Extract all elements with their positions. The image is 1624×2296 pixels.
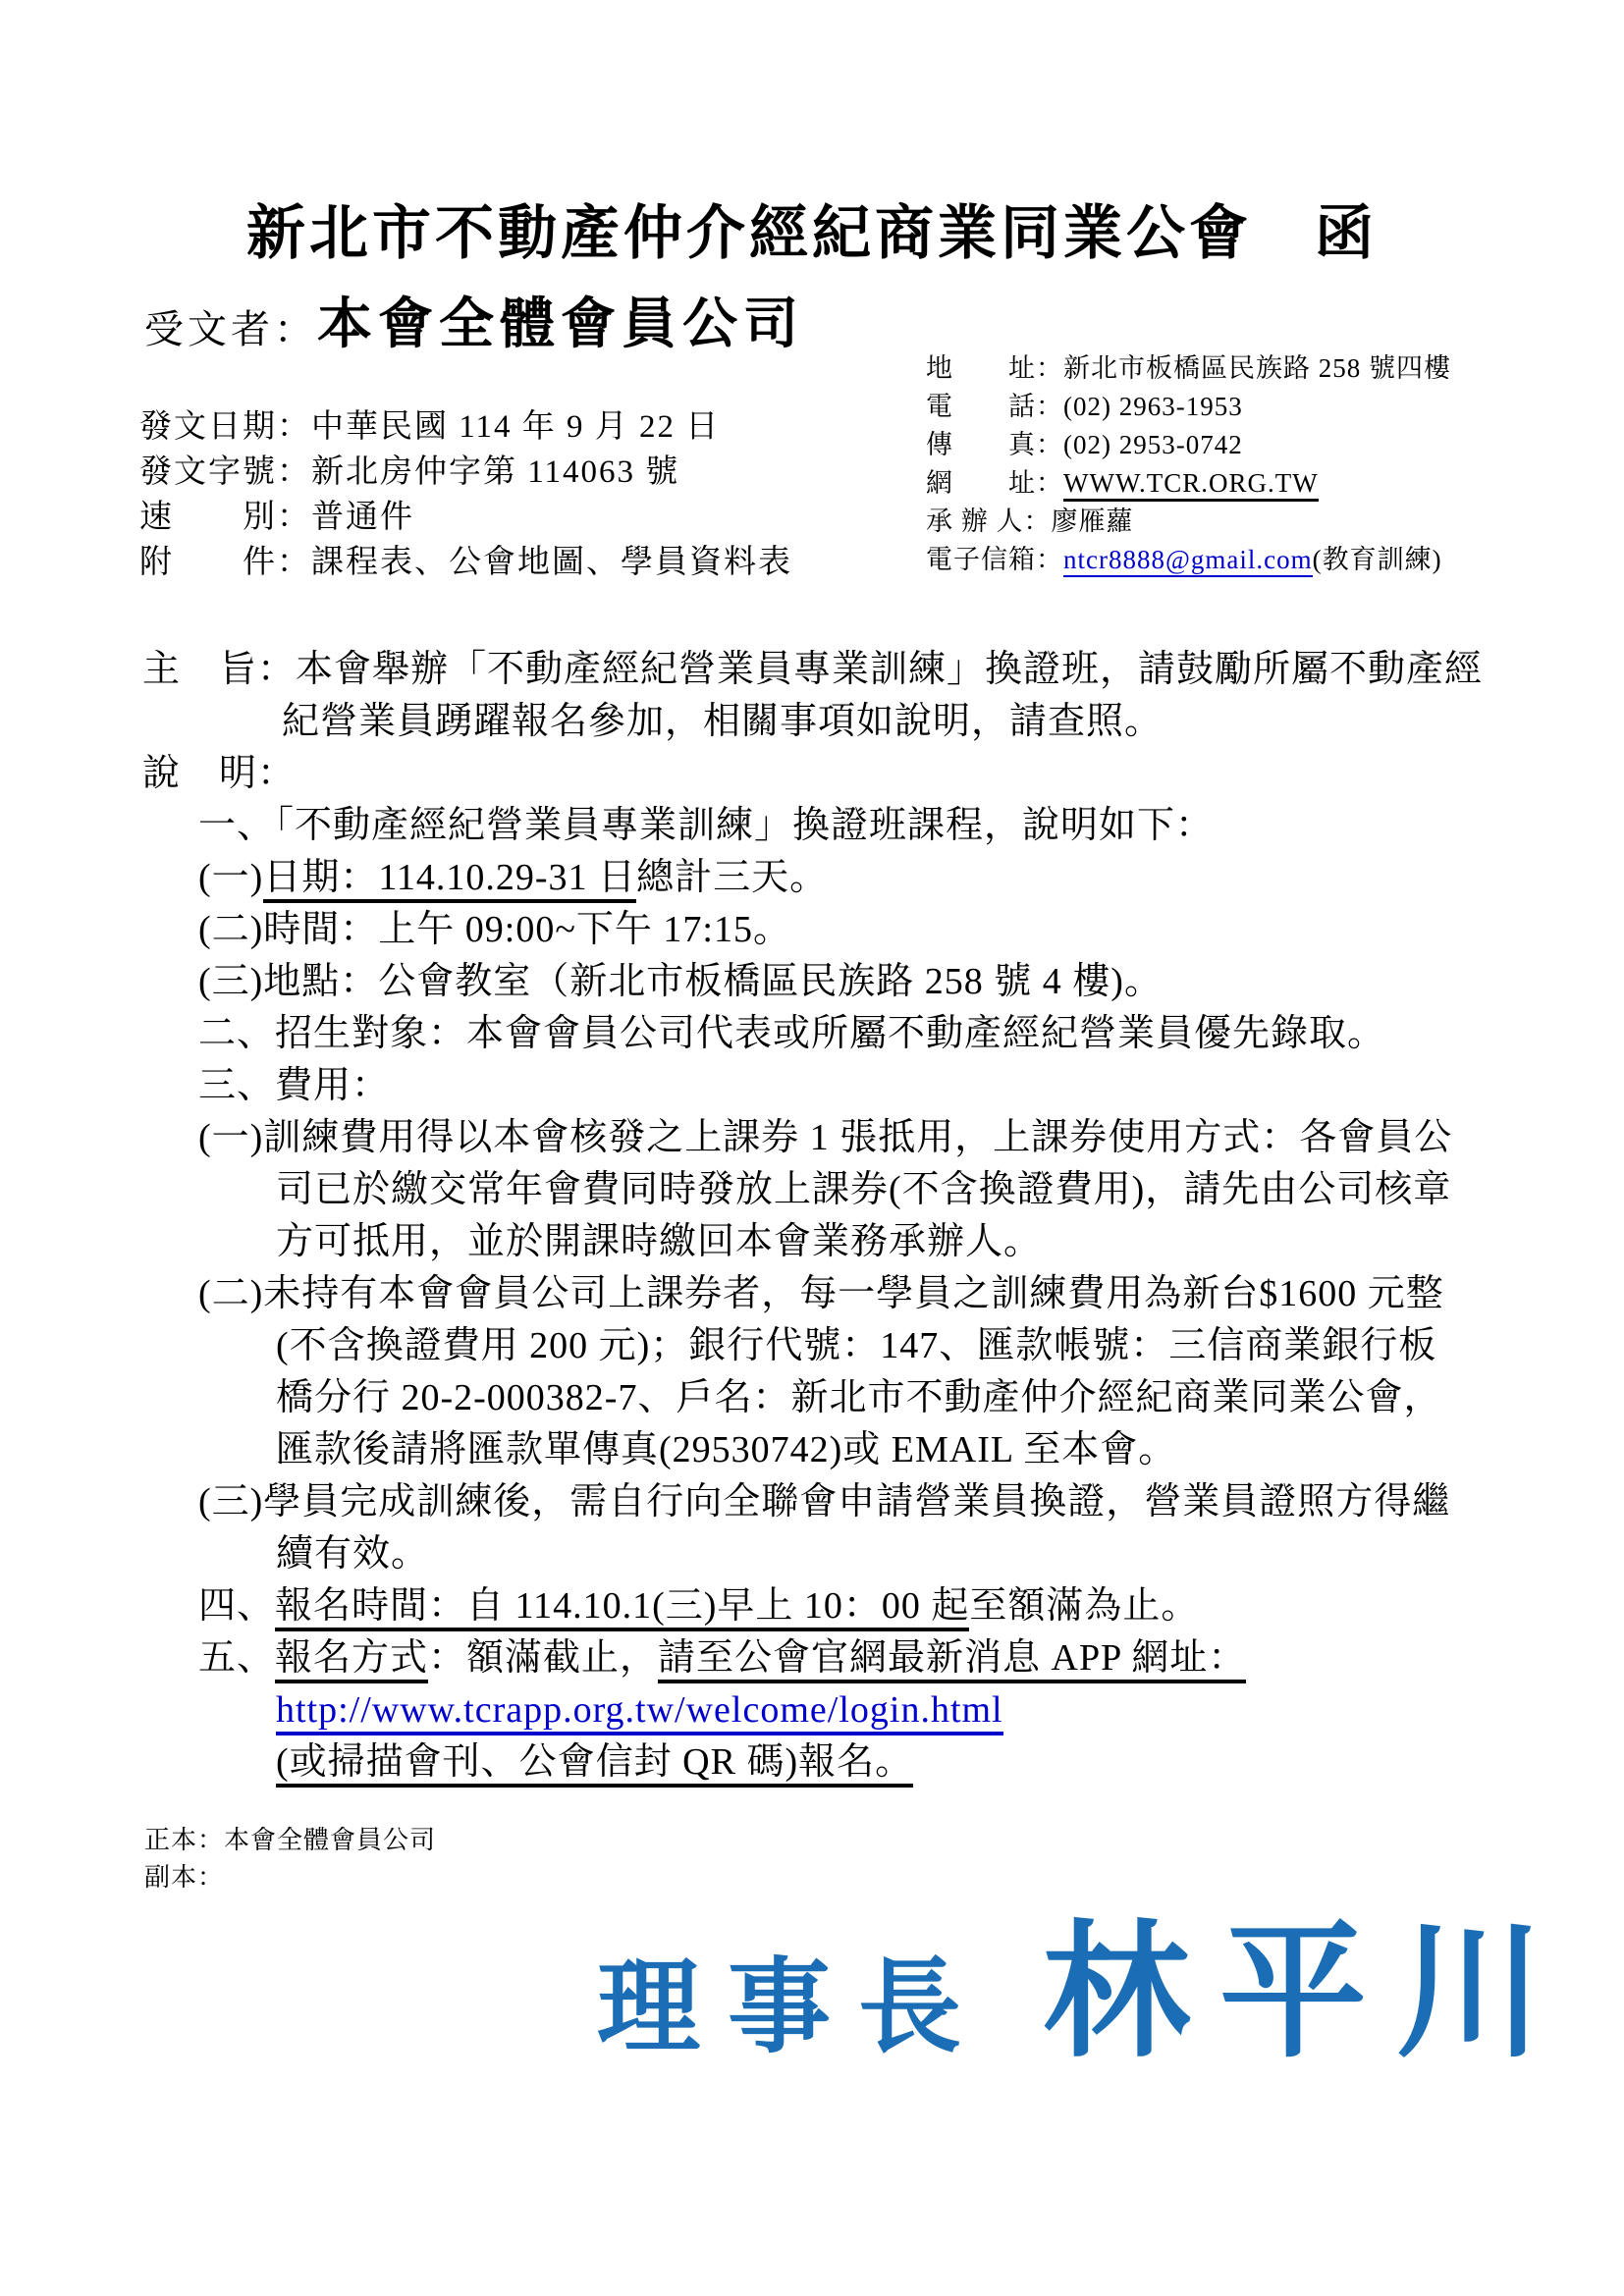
fee-1-text-3: 方可抵用，並於開課時繳回本會業務承辦人。 (276, 1221, 1042, 1262)
item-4-time-rest: 至額滿為止。 (969, 1585, 1199, 1627)
fax-row: 傳 真：(02) 2953-0742 (926, 426, 1451, 464)
subject-text-1: 主 旨：本會舉辦「不動產經紀營業員專業訓練」換證班，請鼓勵所屬不動產經 (142, 649, 1483, 690)
item-1-1-date: (一)日期：114.10.29-31 日總計三天。 (142, 852, 1596, 904)
attachments-label: 附 件： (139, 545, 311, 580)
chairman-name: 林平川 (1043, 1912, 1573, 2075)
fee-1-line-2: 司已於繳交常年會費同時發放上課券(不含換證費用)，請先由公司核章 (142, 1164, 1596, 1216)
fee-3-text-2: 續有效。 (276, 1533, 429, 1575)
fee-2-line-4: 匯款後請將匯款單傳真(29530742)或 EMAIL 至本會。 (142, 1424, 1596, 1476)
item-4-registration-time: 四、報名時間：自 114.10.1(三)早上 10：00 起至額滿為止。 (142, 1580, 1596, 1632)
email-suffix: (教育訓練) (1313, 545, 1442, 574)
phone-row: 電 話：(02) 2963-1953 (926, 388, 1451, 426)
item-1-1-date-underlined: 日期：114.10.29-31 日 (263, 857, 636, 903)
priority-label: 速 別： (139, 500, 311, 535)
item-4-time-underlined: 報名時間：自 114.10.1(三)早上 10：00 起 (275, 1585, 969, 1631)
subject-text-2: 紀營業員踴躍報名參加，相關事項如說明，請查照。 (282, 701, 1163, 742)
item-5-method-mid: ：額滿截止， (428, 1637, 658, 1679)
fee-3-text-1: (三)學員完成訓練後，需自行向全聯會申請營業員換證，營業員證照方得繼 (198, 1481, 1450, 1522)
letter-body: 主 旨：本會舉辦「不動產經紀營業員專業訓練」換證班，請鼓勵所屬不動產經 紀營業員… (142, 644, 1596, 1789)
address-label: 地 址： (926, 353, 1063, 383)
registration-url-link[interactable]: http://www.tcrapp.org.tw/welcome/login.h… (276, 1689, 1003, 1735)
email-link[interactable]: ntcr8888@gmail.com (1063, 545, 1313, 577)
phone-label: 電 話： (926, 392, 1063, 421)
attachments-row: 附 件：課程表、公會地圖、學員資料表 (139, 540, 792, 585)
priority-value: 普通件 (311, 500, 414, 535)
item-1-1-marker: (一) (198, 857, 263, 898)
fee-2-line-2: (不含換證費用 200 元)；銀行代號：147、匯款帳號：三信商業銀行板 (142, 1320, 1596, 1372)
priority-row: 速 別：普通件 (139, 495, 792, 540)
item-1-1-date-rest: 總計三天。 (636, 857, 828, 898)
subject-line-1: 主 旨：本會舉辦「不動產經紀營業員專業訓練」換證班，請鼓勵所屬不動產經 (142, 644, 1596, 696)
fee-1-text-1: (一)訓練費用得以本會核發之上課券 1 張抵用，上課券使用方式：各會員公 (198, 1117, 1452, 1158)
address-value: 新北市板橋區民族路 258 號四樓 (1063, 353, 1451, 383)
website-label: 網 址： (926, 468, 1063, 498)
doc-number-row: 發文字號：新北房仲字第 114063 號 (139, 450, 792, 495)
copies-block: 正本：本會全體會員公司 副本： (144, 1822, 436, 1896)
item-2-enrollment: 二、招生對象：本會會員公司代表或所屬不動產經紀營業員優先錄取。 (142, 1008, 1596, 1060)
doc-number-label: 發文字號： (139, 454, 311, 490)
cc-line: 副本： (144, 1859, 436, 1896)
item-2-enrollment-text: 二、招生對象：本會會員公司代表或所屬不動產經紀營業員優先錄取。 (198, 1013, 1385, 1054)
fax-label: 傳 真： (926, 430, 1063, 459)
fee-3-line-2: 續有效。 (142, 1528, 1596, 1580)
website-value: WWW.TCR.ORG.TW (1063, 468, 1319, 502)
item-1-heading-text: 一、「不動產經紀營業員專業訓練」換證班課程，說明如下： (198, 805, 1214, 846)
fee-2-text-4: 匯款後請將匯款單傳真(29530742)或 EMAIL 至本會。 (276, 1429, 1176, 1470)
item-5-method-underlined: 報名方式 (275, 1637, 428, 1683)
item-4-marker: 四、 (198, 1585, 275, 1627)
qr-note-text: (或掃描會刊、公會信封 QR 碼)報名。 (276, 1741, 913, 1788)
qr-note-line: (或掃描會刊、公會信封 QR 碼)報名。 (142, 1736, 1596, 1789)
fee-2-text-1: (二)未持有本會會員公司上課券者，每一學員之訓練費用為新台$1600 元整 (198, 1273, 1444, 1314)
chairman-signature: 理事長林平川 (597, 1873, 1573, 2085)
recipient-line: 受文者：本會全體會員公司 (144, 281, 804, 359)
fee-2-text-3: 橋分行 20-2-000382-7、戶名：新北市不動產仲介經紀商業同業公會， (276, 1377, 1441, 1418)
item-3-fee-heading-text: 三、費用： (198, 1065, 390, 1106)
fee-1-line-3: 方可抵用，並於開課時繳回本會業務承辦人。 (142, 1216, 1596, 1268)
item-1-3-location-text: (三)地點：公會教室（新北市板橋區民族路 258 號 4 樓)。 (198, 961, 1163, 1002)
email-label: 電子信箱： (926, 545, 1063, 574)
item-5-website-underlined: 請至公會官網最新消息 APP 網址： (658, 1637, 1246, 1683)
dispatch-meta-block: 發文日期：中華民國 114 年 9 月 22 日 發文字號：新北房仲字第 114… (139, 404, 792, 585)
fax-value: (02) 2953-0742 (1063, 430, 1243, 459)
fee-1-text-2: 司已於繳交常年會費同時發放上課券(不含換證費用)，請先由公司核章 (276, 1169, 1451, 1210)
document-title: 新北市不動產仲介經紀商業同業公會 函 (0, 187, 1624, 271)
item-1-3-location: (三)地點：公會教室（新北市板橋區民族路 258 號 4 樓)。 (142, 956, 1596, 1008)
contact-person-label: 承 辦 人： (926, 507, 1052, 536)
subject-line-2: 紀營業員踴躍報名參加，相關事項如說明，請查照。 (142, 696, 1596, 748)
item-1-heading: 一、「不動產經紀營業員專業訓練」換證班課程，說明如下： (142, 800, 1596, 852)
item-1-2-time-text: (二)時間：上午 09:00~下午 17:15。 (198, 909, 791, 950)
item-5-marker: 五、 (198, 1637, 275, 1679)
item-1-2-time: (二)時間：上午 09:00~下午 17:15。 (142, 904, 1596, 956)
recipient-value: 本會全體會員公司 (317, 294, 804, 355)
doc-number-value: 新北房仲字第 114063 號 (311, 454, 679, 490)
item-3-fee-heading: 三、費用： (142, 1060, 1596, 1112)
recipient-label: 受文者： (144, 307, 317, 351)
fee-2-line-3: 橋分行 20-2-000382-7、戶名：新北市不動產仲介經紀商業同業公會， (142, 1372, 1596, 1424)
explanation-heading-text: 說 明： (142, 753, 296, 794)
address-row: 地 址：新北市板橋區民族路 258 號四樓 (926, 349, 1451, 388)
sent-date-value: 中華民國 114 年 9 月 22 日 (311, 409, 720, 445)
phone-value: (02) 2963-1953 (1063, 392, 1243, 421)
contact-person-row: 承 辦 人：廖雁蘿 (926, 503, 1451, 541)
email-row: 電子信箱：ntcr8888@gmail.com(教育訓練) (926, 541, 1451, 579)
fee-3-line-1: (三)學員完成訓練後，需自行向全聯會申請營業員換證，營業員證照方得繼 (142, 1476, 1596, 1528)
original-copy-line: 正本：本會全體會員公司 (144, 1822, 436, 1859)
contact-person-value: 廖雁蘿 (1052, 507, 1134, 536)
explanation-heading: 說 明： (142, 748, 1596, 800)
fee-2-text-2: (不含換證費用 200 元)；銀行代號：147、匯款帳號：三信商業銀行板 (276, 1325, 1436, 1366)
item-5-registration-method: 五、報名方式：額滿截止，請至公會官網最新消息 APP 網址： (142, 1632, 1596, 1684)
website-row: 網 址：WWW.TCR.ORG.TW (926, 464, 1451, 503)
chairman-title: 理事長 (597, 1950, 989, 2065)
contact-meta-block: 地 址：新北市板橋區民族路 258 號四樓 電 話：(02) 2963-1953… (926, 349, 1451, 579)
fee-1-line-1: (一)訓練費用得以本會核發之上課券 1 張抵用，上課券使用方式：各會員公 (142, 1112, 1596, 1164)
attachments-value: 課程表、公會地圖、學員資料表 (311, 545, 792, 580)
fee-2-line-1: (二)未持有本會會員公司上課券者，每一學員之訓練費用為新台$1600 元整 (142, 1268, 1596, 1320)
document-page: 新北市不動產仲介經紀商業同業公會 函 受文者：本會全體會員公司 發文日期：中華民… (0, 0, 1624, 2296)
registration-url-line: http://www.tcrapp.org.tw/welcome/login.h… (142, 1684, 1596, 1736)
sent-date-row: 發文日期：中華民國 114 年 9 月 22 日 (139, 404, 792, 450)
sent-date-label: 發文日期： (139, 409, 311, 445)
